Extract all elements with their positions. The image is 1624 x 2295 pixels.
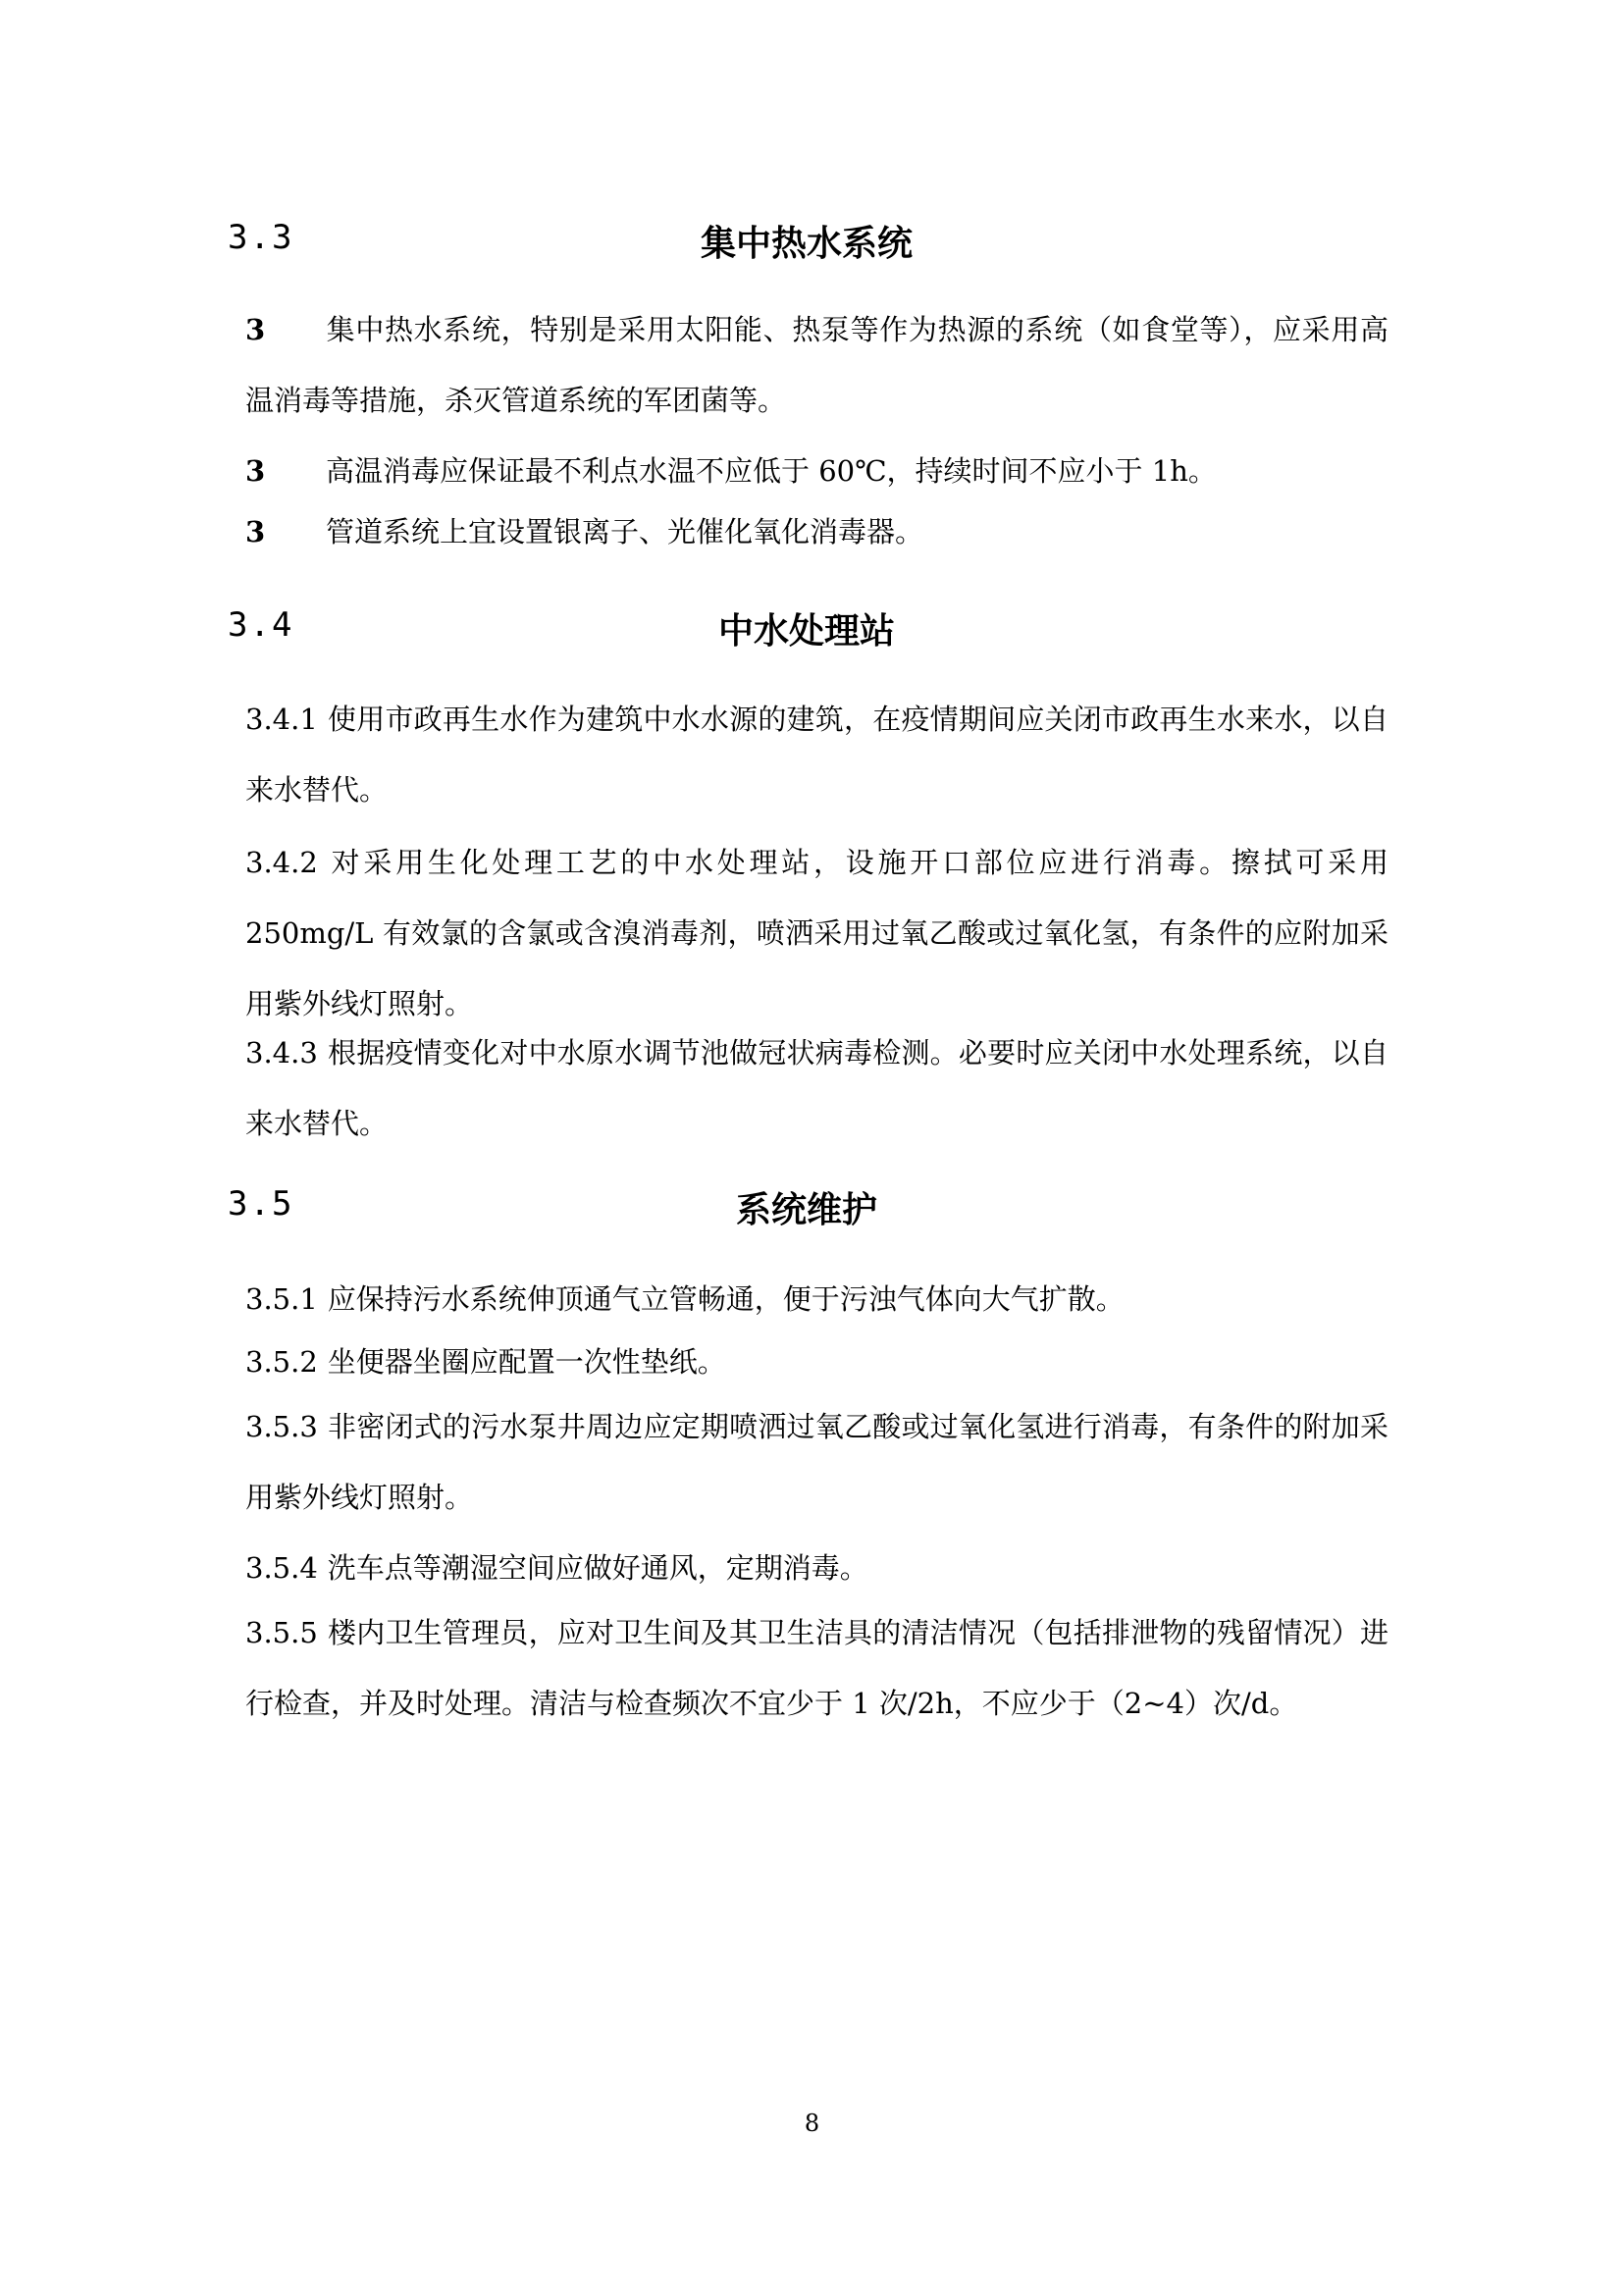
item-label: 3.5.3	[245, 1410, 318, 1443]
list-item: 3.4.2对采用生化处理工艺的中水处理站，设施开口部位应进行消毒。擦拭可采用 2…	[245, 827, 1388, 1039]
item-label: 3.5.5	[245, 1616, 318, 1649]
item-text: 非密闭式的污水泵井周边应定期喷洒过氧乙酸或过氧化氢进行消毒，有条件的附加采用紫外…	[245, 1410, 1388, 1514]
section-title: 中水处理站	[228, 603, 1386, 653]
list-item: 3.5.3非密闭式的污水泵井周边应定期喷洒过氧乙酸或过氧化氢进行消毒，有条件的附…	[245, 1391, 1388, 1533]
page-number: 8	[0, 2110, 1624, 2137]
item-label: 3.5.4	[245, 1551, 318, 1585]
list-item: 3.5.1应保持污水系统伸顶通气立管畅通，便于污浊气体向大气扩散。	[245, 1264, 1388, 1334]
list-item: 3管道系统上宜设置银离子、光催化氧化消毒器。	[245, 496, 1388, 567]
list-item: 3集中热水系统，特别是采用太阳能、热泵等作为热源的系统（如食堂等），应采用高温消…	[245, 294, 1388, 436]
section-title: 系统维护	[228, 1182, 1386, 1232]
section-heading-3-4: 3.4 中水处理站	[228, 605, 1386, 654]
list-item: 3.5.4洗车点等潮湿空间应做好通风，定期消毒。	[245, 1533, 1388, 1603]
item-text: 洗车点等潮湿空间应做好通风，定期消毒。	[328, 1551, 868, 1585]
item-label: 3.4.2	[245, 846, 318, 879]
item-text: 应保持污水系统伸顶通气立管畅通，便于污浊气体向大气扩散。	[328, 1282, 1125, 1316]
item-text: 坐便器坐圈应配置一次性垫纸。	[328, 1345, 726, 1379]
list-item: 3.4.1使用市政再生水作为建筑中水水源的建筑，在疫情期间应关闭市政再生水来水，…	[245, 684, 1388, 825]
item-marker: 3	[245, 496, 326, 567]
list-item: 3.5.5楼内卫生管理员，应对卫生间及其卫生洁具的清洁情况（包括排泄物的残留情况…	[245, 1597, 1388, 1739]
item-text: 楼内卫生管理员，应对卫生间及其卫生洁具的清洁情况（包括排泄物的残留情况）进行检查…	[245, 1616, 1388, 1720]
item-marker: 3	[245, 294, 326, 365]
list-item: 3.5.2坐便器坐圈应配置一次性垫纸。	[245, 1327, 1388, 1397]
item-text: 高温消毒应保证最不利点水温不应低于 60℃，持续时间不应小于 1h。	[326, 454, 1217, 488]
list-item: 3.4.3根据疫情变化对中水原水调节池做冠状病毒检测。必要时应关闭中水处理系统，…	[245, 1017, 1388, 1159]
item-text: 使用市政再生水作为建筑中水水源的建筑，在疫情期间应关闭市政再生水来水，以自来水替…	[245, 703, 1388, 807]
item-label: 3.4.1	[245, 703, 318, 736]
item-label: 3.4.3	[245, 1036, 318, 1069]
item-text: 管道系统上宜设置银离子、光催化氧化消毒器。	[326, 515, 923, 548]
item-label: 3.5.2	[245, 1345, 318, 1379]
section-title: 集中热水系统	[228, 216, 1386, 266]
item-text: 根据疫情变化对中水原水调节池做冠状病毒检测。必要时应关闭中水处理系统，以自来水替…	[245, 1036, 1388, 1140]
document-page: 3.3 集中热水系统 3集中热水系统，特别是采用太阳能、热泵等作为热源的系统（如…	[0, 0, 1624, 2295]
item-text: 对采用生化处理工艺的中水处理站，设施开口部位应进行消毒。擦拭可采用 250mg/…	[245, 846, 1388, 1020]
section-heading-3-5: 3.5 系统维护	[228, 1184, 1386, 1233]
section-heading-3-3: 3.3 集中热水系统	[228, 218, 1386, 267]
item-text: 集中热水系统，特别是采用太阳能、热泵等作为热源的系统（如食堂等），应采用高温消毒…	[245, 313, 1388, 417]
item-label: 3.5.1	[245, 1282, 318, 1316]
